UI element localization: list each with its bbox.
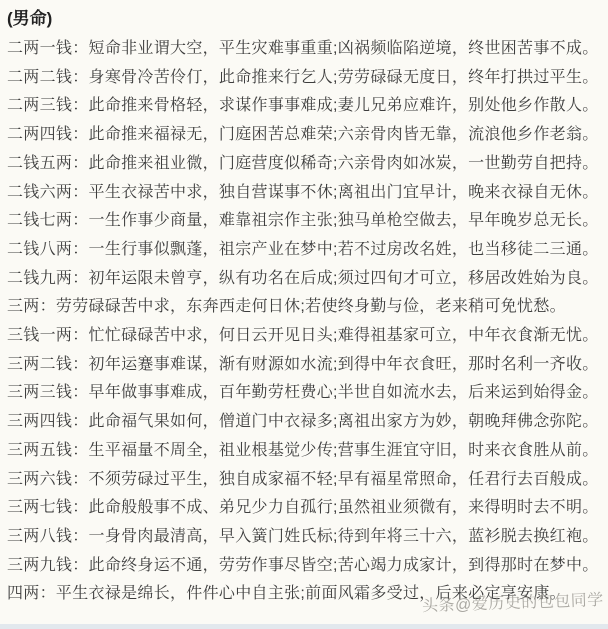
page-title: (男命): [7, 8, 603, 30]
fortune-row: 二钱六两：平生衣禄苦中求，独自营谋事不休;离祖出门宜早计，晚来衣禄自无休。: [7, 179, 603, 208]
weight-label: 三两五钱：: [7, 442, 89, 459]
fortune-text: 一身骨肉最清高，早入簧门姓氏标;待到年将三十六，蓝衫脱去换红袍。: [89, 528, 599, 545]
fortune-row: 三两四钱：此命福气果如何，僧道门中衣禄多;离祖出家方为妙，朝晚拜佛念弥陀。: [7, 408, 603, 437]
fortune-text: 此命福气果如何，僧道门中衣禄多;离祖出家方为妙，朝晚拜佛念弥陀。: [89, 413, 599, 430]
fortune-text: 一生行事似飘蓬，祖宗产业在梦中;若不过房改名姓，也当移徒二三通。: [89, 241, 599, 258]
fortune-row: 四两：平生衣禄是绵长，件件心中自主张;前面风霜多受过，后来必定享安康。: [7, 580, 603, 609]
fortune-text: 此命终身运不通，劳劳作事尽皆空;苦心竭力成家计，到得那时在梦中。: [89, 557, 599, 574]
fortune-text: 生平福量不周全，祖业根基觉少传;营事生涯宜守旧，时来衣食胜从前。: [89, 442, 599, 459]
weight-label: 二钱五两：: [7, 155, 89, 172]
fortune-row: 二两三钱：此命推来骨格轻，求谋作事事难成;妻儿兄弟应难许，别处他乡作散人。: [7, 92, 603, 121]
fortune-document: (男命) 二两一钱：短命非业谓大空，平生灾难事重重;凶祸频临陷逆境，终世困苦事不…: [0, 0, 608, 629]
fortune-text: 劳劳碌碌苦中求，东奔西走何日休;若使终身勤与俭，老来稍可免忧愁。: [56, 298, 566, 315]
weight-label: 三钱一两：: [7, 327, 89, 344]
fortune-row: 三钱一两：忙忙碌碌苦中求，何日云开见日头;难得祖基家可立，中年衣食渐无忧。: [7, 322, 603, 351]
weight-label: 三两七钱：: [7, 499, 89, 516]
fortune-row: 三两三钱：早年做事事难成，百年勤劳枉费心;半世自如流水去，后来运到始得金。: [7, 379, 603, 408]
weight-label: 二两四钱：: [7, 126, 89, 143]
weight-label: 三两三钱：: [7, 384, 89, 401]
weight-label: 二两一钱：: [7, 40, 89, 57]
weight-label: 二两二钱：: [7, 69, 89, 86]
fortune-text: 初年运限未曾亨，纵有功名在后成;须过四旬才可立，移居改姓始为良。: [89, 270, 599, 287]
weight-label: 三两四钱：: [7, 413, 89, 430]
fortune-text: 此命推来福禄无，门庭困苦总难荣;六亲骨肉皆无靠，流浪他乡作老翁。: [89, 126, 599, 143]
weight-label: 二钱七两：: [7, 212, 89, 229]
fortune-row: 三两七钱：此命般般事不成、弟兄少力自孤行;虽然祖业须微有，来得明时去不明。: [7, 494, 603, 523]
fortune-row: 三两六钱：不须劳碌过平生，独自成家福不轻;早有福星常照命，任君行去百般成。: [7, 466, 603, 495]
weight-label: 二钱八两：: [7, 241, 89, 258]
bottom-edge-strip: [0, 624, 608, 629]
fortune-text: 一生作事少商量，难靠祖宗作主张;独马单枪空做去，早年晚岁总无长。: [89, 212, 599, 229]
weight-label: 二钱六两：: [7, 184, 89, 201]
fortune-row: 三两：劳劳碌碌苦中求，东奔西走何日休;若使终身勤与俭，老来稍可免忧愁。: [7, 293, 603, 322]
fortune-text: 平生衣禄苦中求，独自营谋事不休;离祖出门宜早计，晚来衣禄自无休。: [89, 184, 599, 201]
weight-label: 三两六钱：: [7, 471, 89, 488]
weight-label: 四两：: [7, 585, 56, 602]
fortune-row: 三两九钱：此命终身运不通，劳劳作事尽皆空;苦心竭力成家计，到得那时在梦中。: [7, 552, 603, 581]
fortune-text: 短命非业谓大空，平生灾难事重重;凶祸频临陷逆境，终世困苦事不成。: [89, 40, 599, 57]
fortune-row: 三两二钱：初年运蹇事难谋，渐有财源如水流;到得中年衣食旺，那时名利一齐收。: [7, 351, 603, 380]
weight-label: 三两二钱：: [7, 356, 89, 373]
fortune-text: 此命推来祖业微，门庭营度似稀奇;六亲骨肉如冰炭，一世勤劳自把持。: [89, 155, 599, 172]
fortune-text: 忙忙碌碌苦中求，何日云开见日头;难得祖基家可立，中年衣食渐无忧。: [89, 327, 599, 344]
fortune-row: 二两一钱：短命非业谓大空，平生灾难事重重;凶祸频临陷逆境，终世困苦事不成。: [7, 35, 603, 64]
fortune-text: 此命般般事不成、弟兄少力自孤行;虽然祖业须微有，来得明时去不明。: [89, 499, 599, 516]
fortune-text: 初年运蹇事难谋，渐有财源如水流;到得中年衣食旺，那时名利一齐收。: [89, 356, 599, 373]
fortune-row: 三两八钱：一身骨肉最清高，早入簧门姓氏标;待到年将三十六，蓝衫脱去换红袍。: [7, 523, 603, 552]
fortune-row: 三两五钱：生平福量不周全，祖业根基觉少传;营事生涯宜守旧，时来衣食胜从前。: [7, 437, 603, 466]
fortune-row: 二两四钱：此命推来福禄无，门庭困苦总难荣;六亲骨肉皆无靠，流浪他乡作老翁。: [7, 121, 603, 150]
fortune-row: 二两二钱：身寒骨冷苦伶仃，此命推来行乞人;劳劳碌碌无度日，终年打拱过平生。: [7, 64, 603, 93]
weight-label: 三两八钱：: [7, 528, 89, 545]
fortune-text: 平生衣禄是绵长，件件心中自主张;前面风霜多受过，后来必定享安康。: [56, 585, 566, 602]
weight-label: 三两：: [7, 298, 56, 315]
fortune-list: 二两一钱：短命非业谓大空，平生灾难事重重;凶祸频临陷逆境，终世困苦事不成。二两二…: [7, 35, 603, 609]
fortune-text: 不须劳碌过平生，独自成家福不轻;早有福星常照命，任君行去百般成。: [89, 471, 599, 488]
weight-label: 二钱九两：: [7, 270, 89, 287]
fortune-text: 此命推来骨格轻，求谋作事事难成;妻儿兄弟应难许，别处他乡作散人。: [89, 97, 599, 114]
fortune-row: 二钱七两：一生作事少商量，难靠祖宗作主张;独马单枪空做去，早年晚岁总无长。: [7, 207, 603, 236]
fortune-text: 身寒骨冷苦伶仃，此命推来行乞人;劳劳碌碌无度日，终年打拱过平生。: [89, 69, 599, 86]
fortune-row: 二钱九两：初年运限未曾亨，纵有功名在后成;须过四旬才可立，移居改姓始为良。: [7, 265, 603, 294]
fortune-text: 早年做事事难成，百年勤劳枉费心;半世自如流水去，后来运到始得金。: [89, 384, 599, 401]
fortune-row: 二钱五两：此命推来祖业微，门庭营度似稀奇;六亲骨肉如冰炭，一世勤劳自把持。: [7, 150, 603, 179]
weight-label: 二两三钱：: [7, 97, 89, 114]
fortune-row: 二钱八两：一生行事似飘蓬，祖宗产业在梦中;若不过房改名姓，也当移徒二三通。: [7, 236, 603, 265]
weight-label: 三两九钱：: [7, 557, 89, 574]
